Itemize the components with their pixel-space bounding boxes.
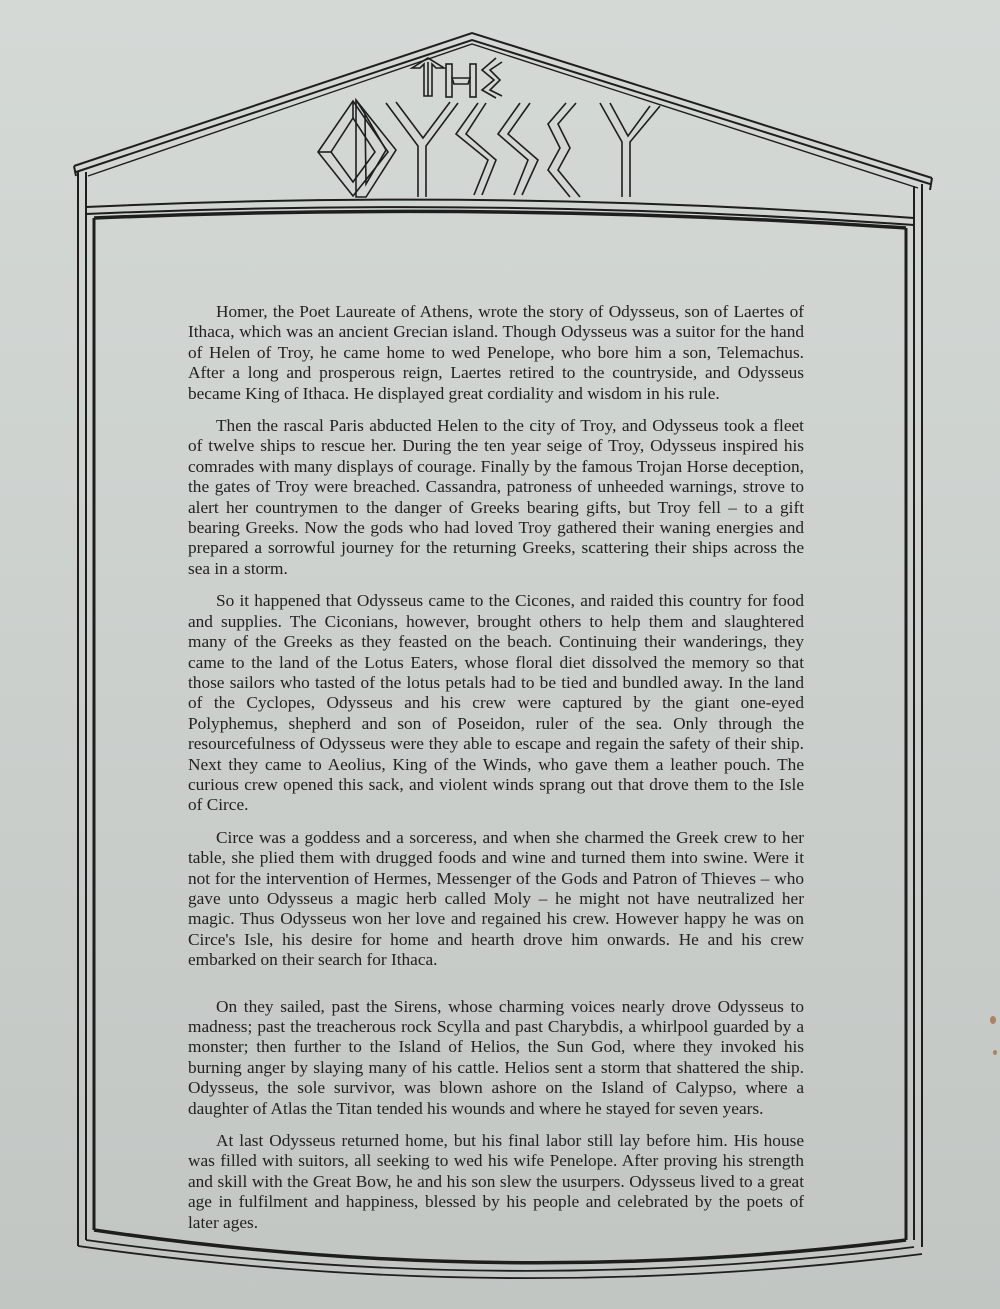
paragraph-homer: Homer, the Poet Laureate of Athens, wrot… — [188, 302, 804, 404]
rust-spot — [993, 1050, 997, 1055]
paragraph-sirens: On they sailed, past the Sirens, whose c… — [188, 997, 804, 1119]
paragraph-circe: Circe was a goddess and a sorceress, and… — [188, 828, 804, 971]
paragraph-troy: Then the rascal Paris abducted Helen to … — [188, 416, 804, 579]
paragraph-wanderings: So it happened that Odysseus came to the… — [188, 591, 804, 815]
rust-spot — [990, 1016, 996, 1024]
paragraph-return: At last Odysseus returned home, but his … — [188, 1131, 804, 1233]
title-the-lettering — [412, 58, 502, 98]
story-text: Homer, the Poet Laureate of Athens, wrot… — [188, 302, 804, 1245]
pediment — [74, 33, 932, 190]
title-odyssey-lettering — [318, 100, 660, 197]
